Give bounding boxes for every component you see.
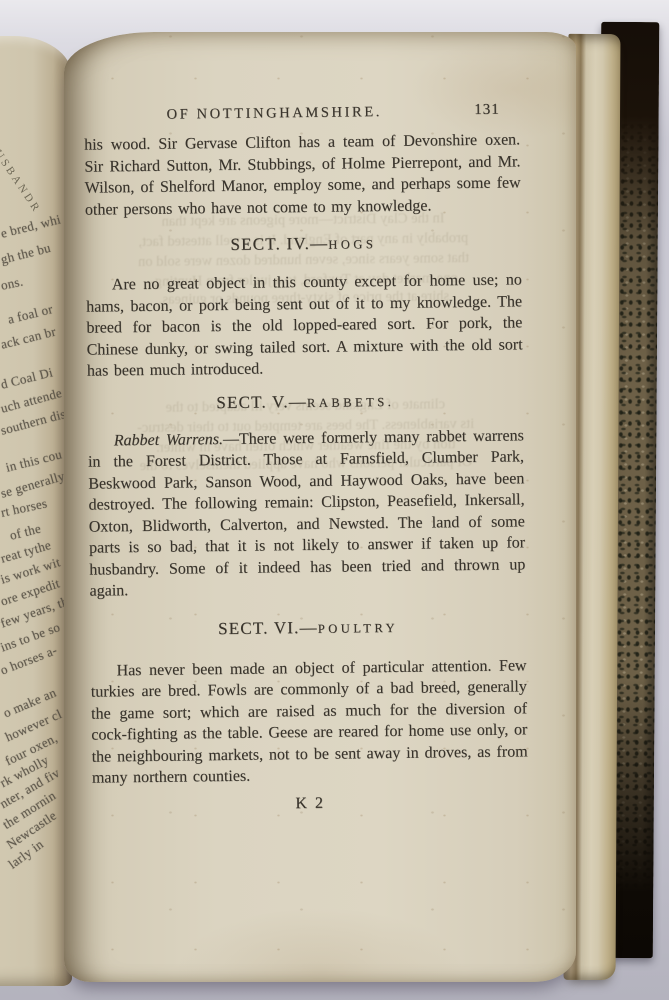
paragraph-lead-italic: Rabbet Warrens. xyxy=(114,431,223,449)
section-label: SECT. V.— xyxy=(216,391,307,411)
left-page-text-fragment: gh the bu xyxy=(0,240,53,268)
section-topic: HOGS xyxy=(328,237,376,252)
left-page-text-fragment: ons. xyxy=(0,273,25,293)
page-number: 131 xyxy=(474,102,500,119)
section-topic: POULTRY xyxy=(318,620,398,635)
paragraph-oxen: his wood. Sir Gervase Clifton has a team… xyxy=(84,129,521,220)
left-page-text-fragment: a foal or xyxy=(6,301,55,328)
section-heading-poultry: SECT. VI.—POULTRY xyxy=(90,615,526,644)
section-topic: RABBETS. xyxy=(307,394,395,409)
section-label: SECT. VI.— xyxy=(218,617,318,637)
paragraph-rabbets: Rabbet Warrens.—There were formerly many… xyxy=(88,425,526,602)
left-page-running-header-fragment: USBANDR xyxy=(0,148,43,216)
page-header: OF NOTTINGHAMSHIRE. 131 xyxy=(84,101,520,126)
left-page-text: USBANDR e bred, whi gh the bu ons. a foa… xyxy=(0,0,64,1000)
signature-mark: K 2 xyxy=(92,792,528,815)
book-photograph: In the Clay District—more pigeons are ke… xyxy=(0,0,669,1000)
running-title: OF NOTTINGHAMSHIRE. xyxy=(167,104,383,123)
section-label: SECT. IV.— xyxy=(230,234,328,254)
book-page: In the Clay District—more pigeons are ke… xyxy=(64,32,576,982)
paragraph-hogs: Are no great object in this county excep… xyxy=(86,269,523,382)
left-page-text-fragment: ack can br xyxy=(0,324,58,353)
paragraph-poultry: Has never been made an object of particu… xyxy=(90,655,528,789)
paragraph-rabbets-body: —There were formerly many rabbet warrens… xyxy=(88,427,525,600)
section-heading-rabbets: SECT. V.—RABBETS. xyxy=(87,389,523,418)
left-page-text-fragment: e bred, whi xyxy=(0,211,63,241)
page-text-block: In the Clay District—more pigeons are ke… xyxy=(84,101,529,815)
